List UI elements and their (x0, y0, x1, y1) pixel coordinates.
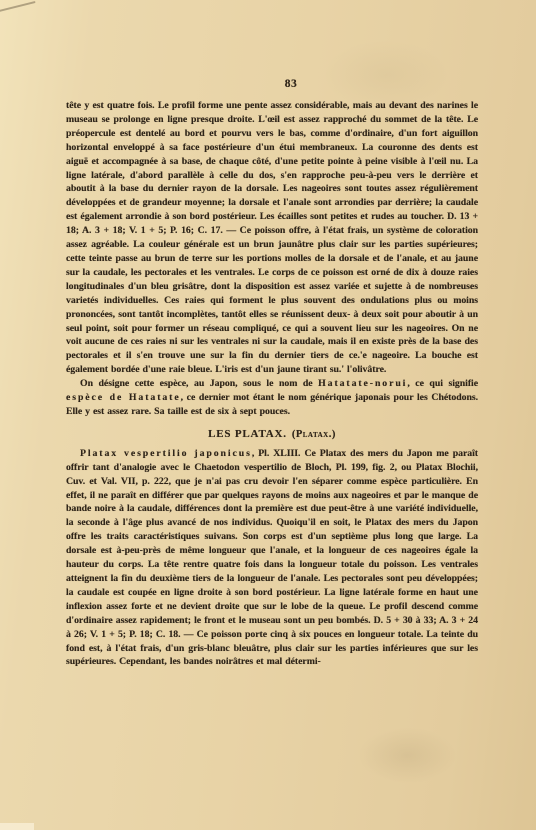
paragraph-platax-vespertilio: Platax vespertilio japonicus, Pl. XLIII.… (66, 447, 478, 670)
text-run: , ce qui signifie (407, 378, 478, 389)
page-content: 83 tête y est quatre fois. Le profil for… (66, 78, 478, 669)
paragraph-hatatate-naming: On désigne cette espèce, au Japon, sous … (66, 377, 478, 419)
section-heading: LES PLATAX.(Platax.) (66, 428, 478, 440)
text-run: Hatatate-norui (318, 378, 407, 389)
text-run: , Pl. XLIII. Ce Platax des mers du Japon… (66, 448, 478, 668)
paragraph-fish-description: tête y est quatre fois. Le profil forme … (66, 99, 478, 377)
book-page: 83 tête y est quatre fois. Le profil for… (0, 0, 536, 830)
section-heading-title: LES PLATAX. (208, 428, 287, 440)
section-heading-latin: (Platax.) (292, 429, 336, 440)
scan-corner-patch (0, 823, 34, 830)
scan-edge-artifact (0, 1, 36, 13)
page-number: 83 (85, 78, 497, 90)
text-run: espèce de Hatatate (66, 392, 181, 403)
text-run: tête y est quatre fois. Le profil forme … (66, 100, 478, 375)
text-run: Platax vespertilio japonicus (80, 448, 252, 459)
text-run: On désigne cette espèce, au Japon, sous … (80, 378, 318, 389)
